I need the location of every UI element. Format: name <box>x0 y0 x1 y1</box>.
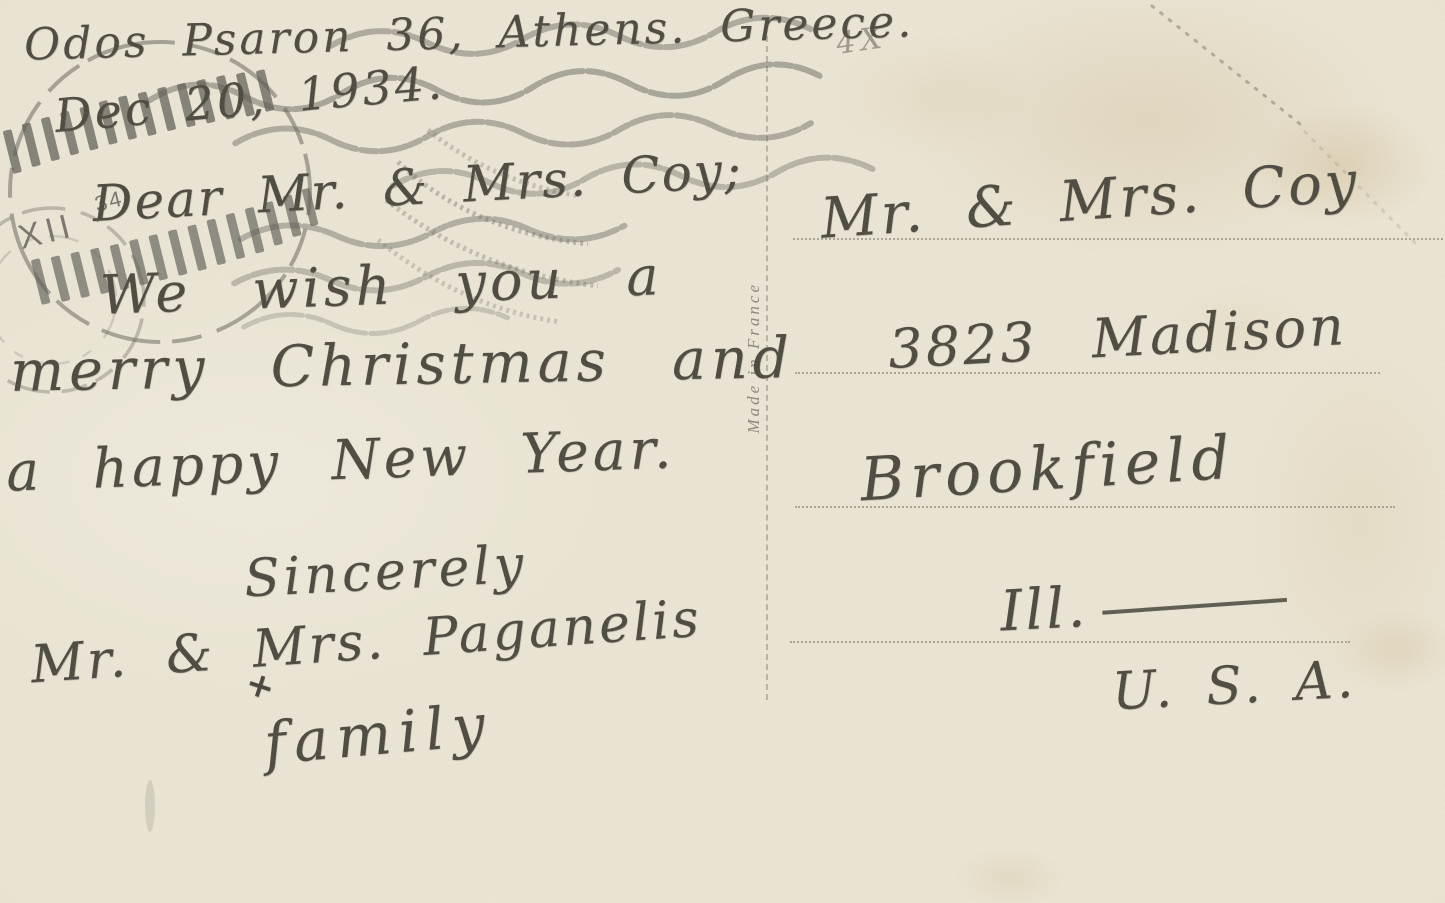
sender-address-line: Odos Psaron 36, Athens. Greece. <box>23 0 914 71</box>
state-line: Ill. <box>998 565 1288 645</box>
state-text: Ill. <box>998 575 1089 645</box>
signature-line: Mr. & Mrs. Paganelis <box>29 589 704 696</box>
country-line: U. S. A. <box>1111 650 1359 723</box>
state-underline-dash <box>1102 598 1287 615</box>
closing-line: Sincerely <box>243 535 529 610</box>
postcard-back: XII 34 4X Made in France Odos Psaron 36,… <box>0 0 1445 903</box>
signature-family-line: family <box>261 690 495 778</box>
postmark-month-text: XII <box>14 206 78 257</box>
address-dotted-line-1 <box>793 238 1443 240</box>
message-body-line: We wish you a <box>99 244 663 327</box>
message-body-line: merry Christmas and <box>9 325 794 405</box>
smudge-mark-icon <box>145 780 155 832</box>
street-address-line: 3823 Madison <box>887 294 1349 381</box>
city-line: Brookfield <box>858 423 1237 516</box>
salutation-line: Dear Mr. & Mrs. Coy; <box>91 141 744 233</box>
message-body-line: a happy New Year. <box>5 416 676 503</box>
address-dotted-line-3 <box>795 506 1395 508</box>
address-dotted-line-2 <box>795 372 1380 374</box>
recipient-name-line: Mr. & Mrs. Coy <box>818 149 1361 252</box>
address-dotted-line-4 <box>790 641 1350 643</box>
